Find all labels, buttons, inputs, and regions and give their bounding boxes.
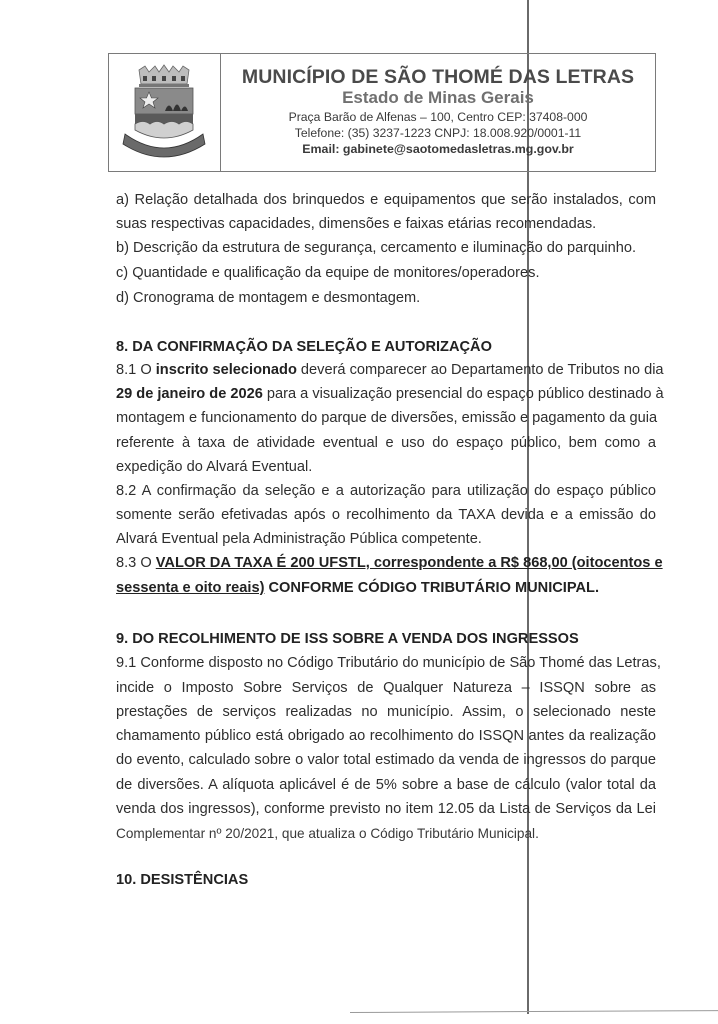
text: 8.1 O [116, 362, 156, 378]
paragraph-9-1-line7: venda dos ingressos), conforme previsto … [116, 801, 656, 817]
fee-value-text: sessenta e oito reais) [116, 580, 264, 596]
paragraph-8-1-line2: 29 de janeiro de 2026 para a visualizaçã… [116, 386, 656, 402]
date-text: 29 de janeiro de 2026 [116, 386, 263, 402]
scan-artifact-horizontal-line [350, 1010, 718, 1013]
address: Praça Barão de Alfenas – 100, Centro CEP… [221, 110, 655, 124]
list-item-d: d) Cronograma de montagem e desmontagem. [116, 290, 420, 306]
section-8-heading: 8. DA CONFIRMAÇÃO DA SELEÇÃO E AUTORIZAÇ… [116, 339, 492, 355]
paragraph-8-3-line2: sessenta e oito reais) CONFORME CÓDIGO T… [116, 580, 599, 596]
state-subtitle: Estado de Minas Gerais [221, 88, 655, 108]
paragraph-8-1-line1: 8.1 O inscrito selecionado deverá compar… [116, 362, 656, 378]
bold-text: CONFORME CÓDIGO TRIBUTÁRIO MUNICIPAL. [264, 580, 599, 596]
municipality-title: MUNICÍPIO DE SÃO THOMÉ DAS LETRAS [221, 66, 655, 89]
email: Email: gabinete@saotomedasletras.mg.gov.… [221, 142, 655, 156]
list-item-b: b) Descrição da estrutura de segurança, … [116, 240, 636, 256]
section-9-heading: 9. DO RECOLHIMENTO DE ISS SOBRE A VENDA … [116, 631, 579, 647]
paragraph-8-3-line1: 8.3 O VALOR DA TAXA É 200 UFSTL, corresp… [116, 555, 656, 571]
section-10-heading: 10. DESISTÊNCIAS [116, 872, 248, 888]
paragraph-9-1-line1: 9.1 Conforme disposto no Código Tributár… [116, 655, 656, 671]
letterhead: MUNICÍPIO DE SÃO THOMÉ DAS LETRAS Estado… [108, 53, 656, 172]
paragraph-8-2-line3: Alvará Eventual pela Administração Públi… [116, 531, 482, 547]
paragraph-9-1-line6: de diversões. A alíquota aplicável é de … [116, 777, 656, 793]
paragraph-8-1-line4: referente à taxa de atividade eventual e… [116, 435, 656, 451]
phone-cnpj: Telefone: (35) 3237-1223 CNPJ: 18.008.92… [221, 126, 655, 140]
paragraph-9-1-line2: incide o Imposto Sobre Serviços de Qualq… [116, 680, 656, 696]
paragraph-8-2-line1: 8.2 A confirmação da seleção e a autoriz… [116, 483, 656, 499]
text: deverá comparecer ao Departamento de Tri… [297, 362, 664, 378]
paragraph-9-1-line4: chamamento público está obrigado ao reco… [116, 728, 656, 744]
municipal-coat-of-arms-icon [121, 64, 207, 160]
list-item-a-line1: a) Relação detalhada dos brinquedos e eq… [116, 192, 656, 208]
paragraph-8-2-line2: somente serão efetivadas após o recolhim… [116, 507, 656, 523]
bold-text: inscrito selecionado [156, 362, 297, 378]
paragraph-8-1-line3: montagem e funcionamento do parque de di… [116, 410, 656, 426]
list-item-c: c) Quantidade e qualificação da equipe d… [116, 265, 540, 281]
paragraph-9-1-line8: Complementar nº 20/2021, que atualiza o … [116, 826, 539, 841]
text: 8.3 O [116, 555, 156, 571]
paragraph-8-1-line5: expedição do Alvará Eventual. [116, 459, 312, 475]
list-item-a-line2: suas respectivas capacidades, dimensões … [116, 216, 596, 232]
logo-cell [109, 54, 221, 171]
text: para a visualização presencial do espaço… [263, 386, 664, 402]
fee-value-text: VALOR DA TAXA É 200 UFSTL, correspondent… [156, 555, 663, 571]
paragraph-9-1-line5: do evento, calculado sobre o valor total… [116, 752, 656, 768]
paragraph-9-1-line3: prestações de serviços realizadas no mun… [116, 704, 656, 720]
